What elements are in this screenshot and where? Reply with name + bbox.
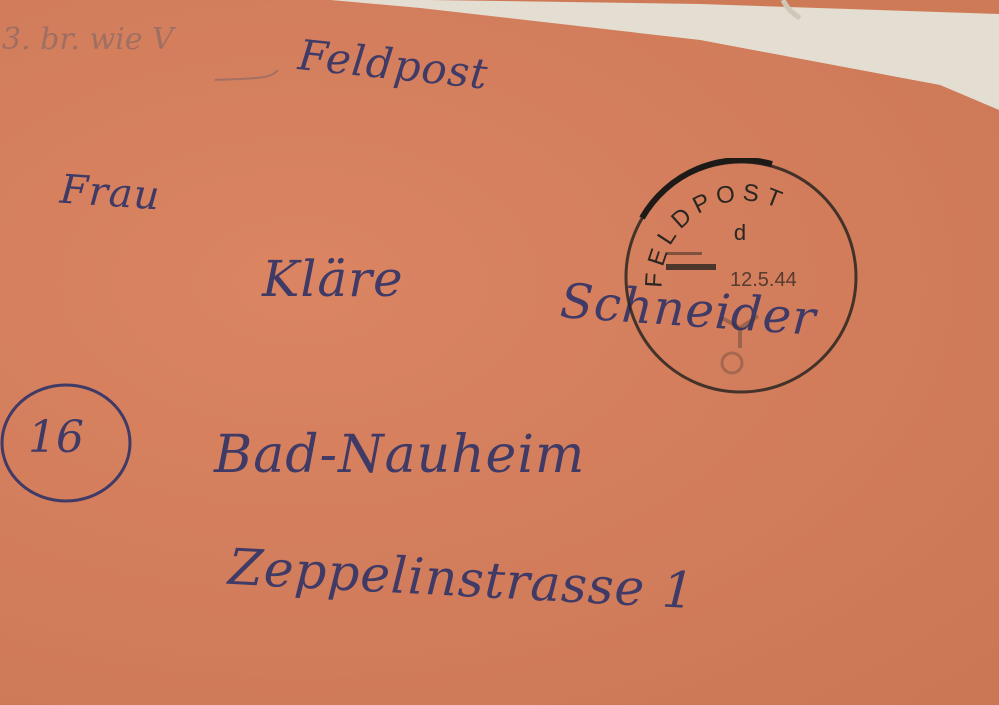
postmark-date: 12.5.44 — [730, 269, 797, 291]
postmark-code: d — [734, 220, 746, 245]
pencil-note: 3. br. wie V — [2, 22, 174, 57]
salutation: Frau — [59, 167, 162, 220]
envelope: 3. br. wie V Feldpost Frau Kläre Schneid… — [0, 0, 999, 705]
recipient-first-name: Kläre — [262, 250, 404, 308]
postmark: FELDPOST d 12.5.44 — [622, 158, 860, 396]
circled-number: 16 — [0, 382, 132, 504]
photo-scene: 3. br. wie V Feldpost Frau Kläre Schneid… — [0, 0, 999, 705]
city-line: Bad-Nauheim — [214, 425, 585, 485]
circled-number-text: 16 — [28, 412, 84, 463]
